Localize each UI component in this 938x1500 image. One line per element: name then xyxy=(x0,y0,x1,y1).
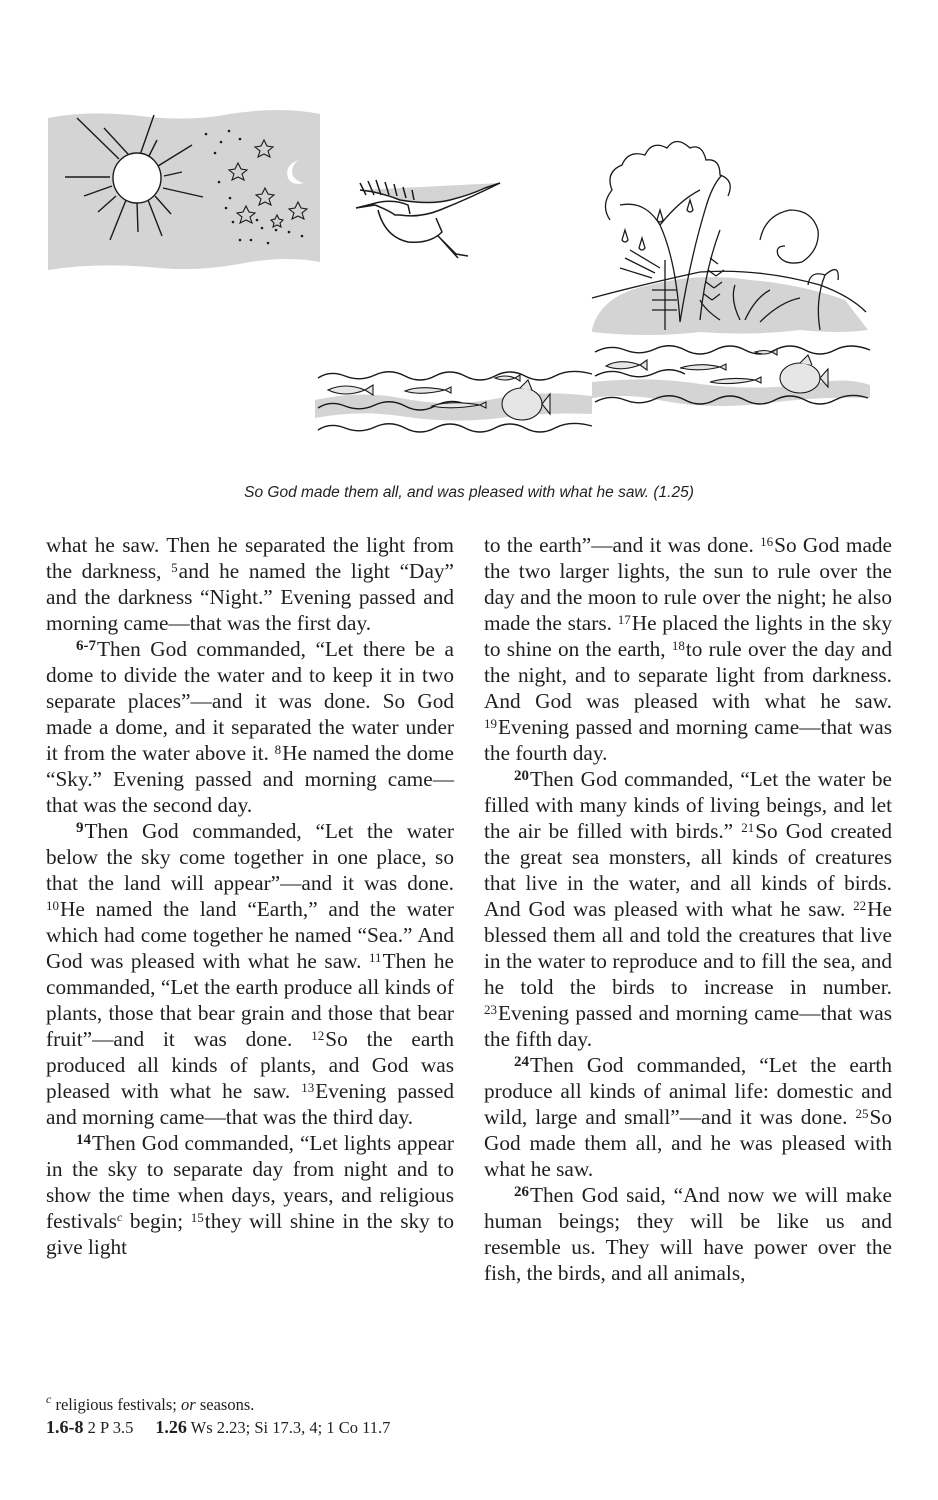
verse-number: 14 xyxy=(76,1132,91,1148)
verse-number: 20 xyxy=(514,768,529,784)
footnotes: c religious festivals; or seasons. 1.6-8… xyxy=(46,1394,906,1439)
verse-number: 9 xyxy=(76,820,84,836)
verse-number: 15 xyxy=(191,1210,204,1225)
verse-number: 10 xyxy=(46,898,59,913)
verse-number: 17 xyxy=(618,612,631,627)
verse-number: 24 xyxy=(514,1054,529,1070)
paragraph: 14Then God commanded, “Let lights appear… xyxy=(46,1130,454,1260)
xref-text: 2 P 3.5 xyxy=(84,1418,134,1437)
illustration-caption: So God made them all, and was pleased wi… xyxy=(0,484,938,502)
xref-text: Ws 2.23; Si 17.3, 4; 1 Co 11.7 xyxy=(187,1418,391,1437)
verse-number: 16 xyxy=(760,534,773,549)
xref-label[interactable]: 1.6-8 xyxy=(46,1417,84,1437)
paragraph: 9Then God commanded, “Let the wa­ter bel… xyxy=(46,818,454,1130)
land-panel xyxy=(592,142,868,336)
paragraph: 6-7Then God commanded, “Let there be a d… xyxy=(46,636,454,818)
right-column: to the earth”—and it was done. 16So God … xyxy=(484,532,892,1286)
paragraph: what he saw. Then he separated the light… xyxy=(46,532,454,636)
verse-number: 19 xyxy=(484,716,497,731)
verse-number: 25 xyxy=(856,1106,869,1121)
verse-number: 11 xyxy=(369,950,382,965)
creation-illustration xyxy=(0,0,938,470)
xref-label[interactable]: 1.26 xyxy=(155,1417,187,1437)
verse-number: 6-7 xyxy=(76,638,96,654)
left-column: what he saw. Then he separated the light… xyxy=(46,532,454,1260)
verse-number: 8 xyxy=(275,742,282,757)
verse-number: 13 xyxy=(301,1080,314,1095)
paragraph: 20Then God commanded, “Let the wa­ter be… xyxy=(484,766,892,1052)
sky-panel xyxy=(48,110,320,270)
verse-number: 21 xyxy=(741,820,754,835)
cross-references: 1.6-8 2 P 3.51.26 Ws 2.23; Si 17.3, 4; 1… xyxy=(46,1416,906,1439)
footnote-c: c religious festivals; or seasons. xyxy=(46,1394,906,1416)
verse-number: 18 xyxy=(672,638,685,653)
bird-icon xyxy=(356,180,500,258)
verse-number: 22 xyxy=(853,898,866,913)
water-panel xyxy=(315,346,870,432)
verse-number: 26 xyxy=(514,1184,529,1200)
verse-number: 5 xyxy=(171,560,178,575)
verse-number: 12 xyxy=(311,1028,324,1043)
paragraph: to the earth”—and it was done. 16So God … xyxy=(484,532,892,766)
paragraph: 26Then God said, “And now we will make h… xyxy=(484,1182,892,1286)
paragraph: 24Then God commanded, “Let the earth pro… xyxy=(484,1052,892,1182)
verse-number: 23 xyxy=(484,1002,497,1017)
